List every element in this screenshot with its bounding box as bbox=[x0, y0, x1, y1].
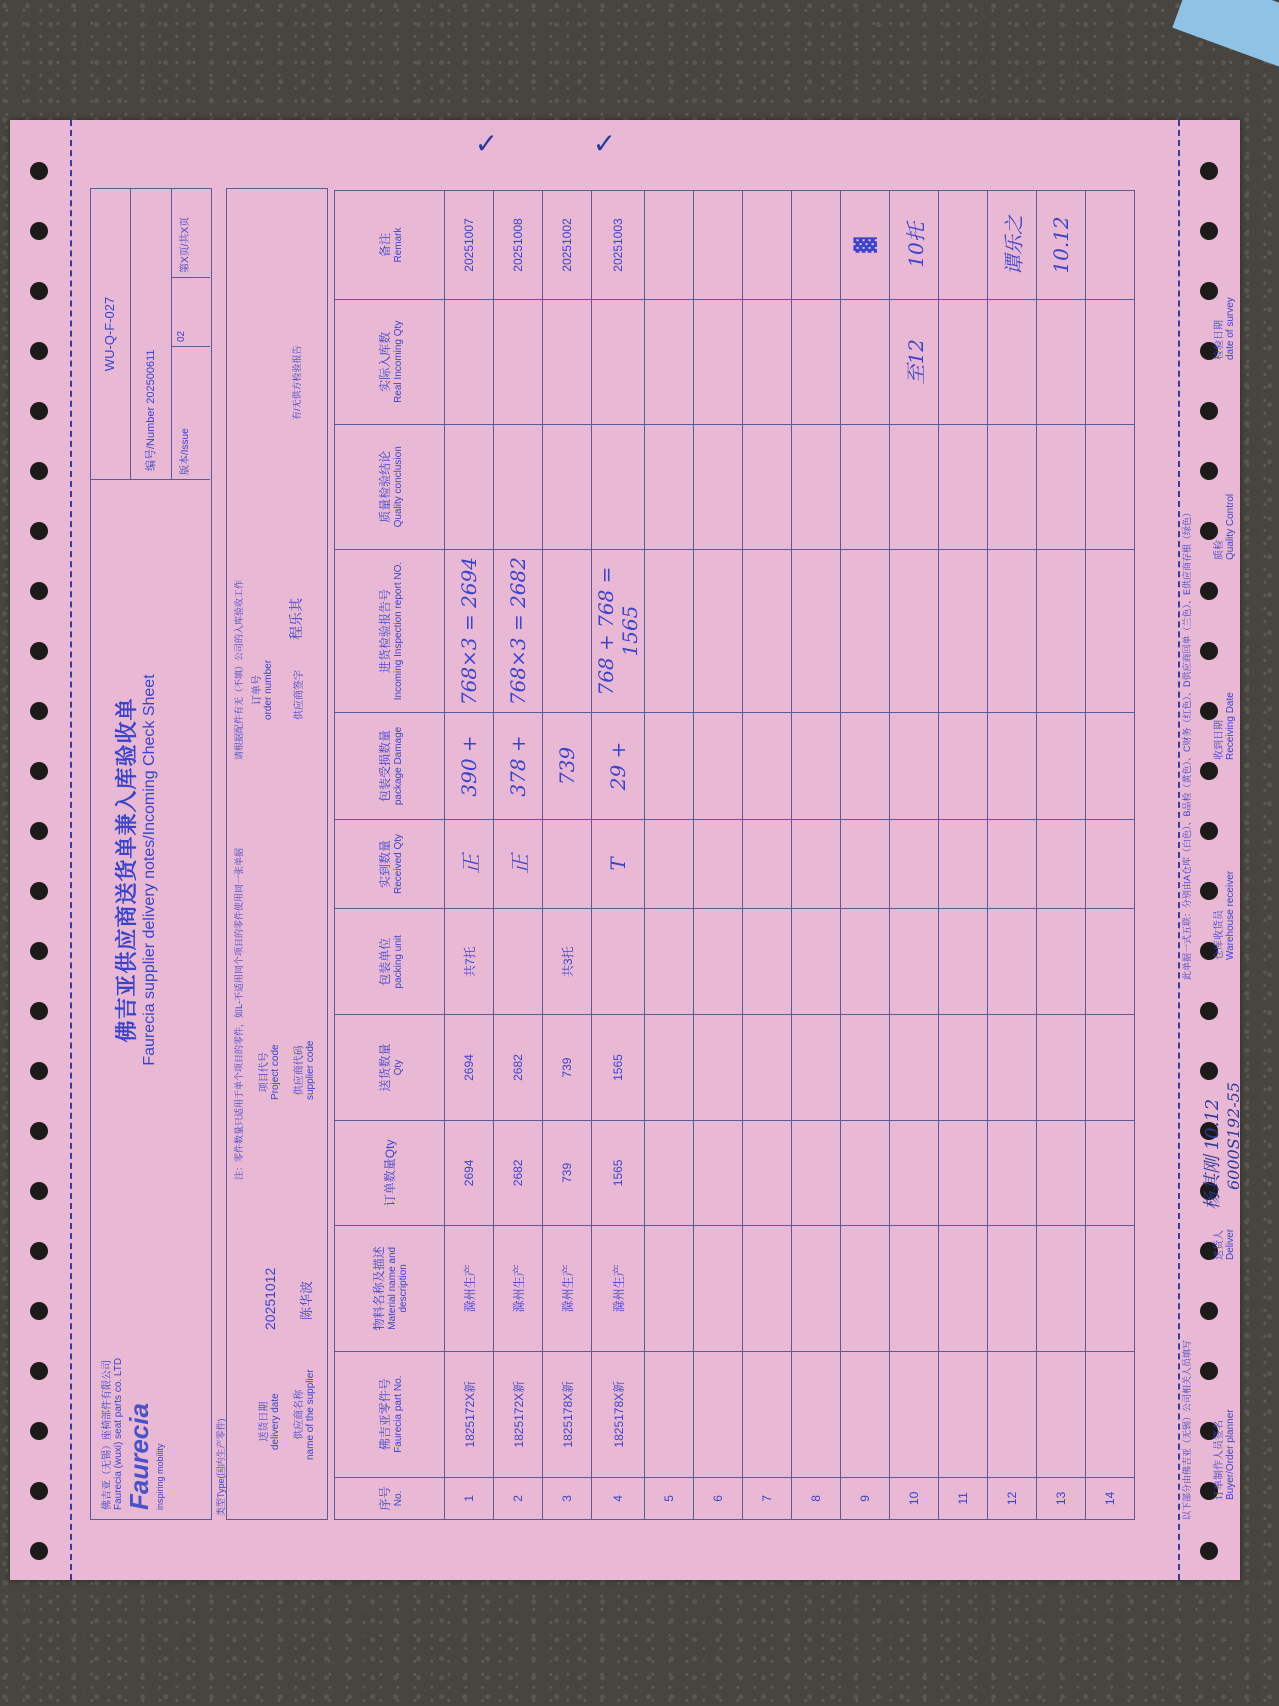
cell-inspection bbox=[1037, 549, 1086, 712]
cell-qty: 739 bbox=[543, 1015, 592, 1120]
tractor-hole bbox=[1200, 1542, 1218, 1560]
tractor-hole bbox=[1200, 1302, 1218, 1320]
cell-damage bbox=[988, 713, 1037, 820]
note-right-text: 请根据配件有无（不填）公司的入库验收工作 bbox=[232, 580, 245, 760]
supplier-name-label: 供应商名称 name of the supplier bbox=[290, 1369, 316, 1460]
cell-qty: 2682 bbox=[494, 1015, 543, 1120]
cell-unit bbox=[890, 909, 939, 1015]
company-name-en: Faurecia (wuxi) seat parts co. LTD bbox=[113, 1250, 124, 1510]
cell-quality bbox=[988, 424, 1037, 549]
cell-order-qty: 2694 bbox=[445, 1120, 494, 1225]
survey-date-cn: 检验日期 bbox=[1210, 297, 1225, 360]
cell-order-qty bbox=[694, 1120, 743, 1225]
column-header-en: Received Qty bbox=[393, 822, 404, 906]
table-row: 6 bbox=[694, 191, 743, 1520]
cell-order-qty bbox=[792, 1120, 841, 1225]
column-header-cn: 进货检验报告号 bbox=[376, 552, 393, 710]
tractor-hole bbox=[30, 222, 48, 240]
cell-remark: 10.12 bbox=[1037, 191, 1086, 300]
cell-unit bbox=[988, 909, 1037, 1015]
cell-no: 6 bbox=[694, 1477, 743, 1519]
cell-received bbox=[890, 819, 939, 908]
tractor-hole bbox=[30, 1302, 48, 1320]
cell-no: 8 bbox=[792, 1477, 841, 1519]
cell-unit bbox=[645, 909, 694, 1015]
cell-real-qty bbox=[694, 299, 743, 424]
cell-remark: 20251008 bbox=[494, 191, 543, 300]
supplier-name-value: 陈华波 bbox=[296, 1281, 315, 1320]
table-row: 14 bbox=[1086, 191, 1135, 1520]
cell-damage bbox=[792, 713, 841, 820]
column-header: 实际入库数Real Incoming Qty bbox=[335, 299, 445, 424]
cell-desc bbox=[841, 1226, 890, 1352]
cell-no: 13 bbox=[1037, 1477, 1086, 1519]
tractor-hole bbox=[30, 882, 48, 900]
column-header-cn: 订单数量Qty bbox=[381, 1123, 398, 1223]
column-header-cn: 物料名称及描述 bbox=[370, 1228, 387, 1349]
cell-no: 2 bbox=[494, 1477, 543, 1519]
column-header-cn: 佛吉亚零件号 bbox=[376, 1354, 393, 1475]
survey-date-label: 检验日期 date of survey bbox=[1210, 297, 1236, 360]
cell-qty bbox=[841, 1015, 890, 1120]
cell-desc bbox=[988, 1226, 1037, 1352]
tractor-hole bbox=[30, 1542, 48, 1560]
cell-qty: 1565 bbox=[592, 1015, 645, 1120]
cell-part bbox=[988, 1351, 1037, 1477]
cell-damage bbox=[890, 713, 939, 820]
cell-unit bbox=[1037, 909, 1086, 1015]
receiving-date-label: 收到日期 Receiving Date bbox=[1210, 692, 1236, 760]
title-cn: 佛吉亚供应商送货单兼入库验收单 bbox=[110, 520, 141, 1220]
column-header-en: Quality conclusion bbox=[393, 427, 404, 547]
cell-part bbox=[694, 1351, 743, 1477]
cell-quality bbox=[494, 424, 543, 549]
cell-inspection bbox=[841, 549, 890, 712]
tractor-hole bbox=[30, 702, 48, 720]
column-header-cn: 实到数量 bbox=[376, 822, 393, 906]
cell-quality bbox=[592, 424, 645, 549]
deliverer-cn: 送货人 bbox=[1210, 1229, 1225, 1260]
column-header-en: Material name and description bbox=[387, 1228, 409, 1349]
cell-desc: 滁州生产 bbox=[543, 1226, 592, 1352]
cell-no: 5 bbox=[645, 1477, 694, 1519]
warehouse-en: Warehouse receiver bbox=[1225, 871, 1236, 960]
cell-part: 1825172X新 bbox=[494, 1351, 543, 1477]
tractor-hole bbox=[30, 162, 48, 180]
column-header-en: Remark bbox=[393, 193, 404, 297]
cell-received bbox=[1037, 819, 1086, 908]
order-planner-en: Buyer/Order planner bbox=[1225, 1409, 1236, 1500]
cell-order-qty bbox=[645, 1120, 694, 1225]
quality-cn: 质检 bbox=[1210, 494, 1225, 560]
tractor-hole bbox=[1200, 162, 1218, 180]
cell-qty bbox=[988, 1015, 1037, 1120]
column-header-cn: 包装单位 bbox=[376, 911, 393, 1012]
cell-desc bbox=[939, 1226, 988, 1352]
cell-damage: 29 + bbox=[592, 713, 645, 820]
deliverer-label: 送货人 Deliver bbox=[1210, 1229, 1236, 1260]
supplier-name-label-cn: 供应商名称 bbox=[290, 1369, 305, 1460]
cell-order-qty: 1565 bbox=[592, 1120, 645, 1225]
cell-damage bbox=[743, 713, 792, 820]
column-header-en: No. bbox=[393, 1480, 404, 1517]
cell-desc bbox=[694, 1226, 743, 1352]
cell-real-qty bbox=[1086, 299, 1135, 424]
table-row: 9▓ bbox=[841, 191, 890, 1520]
column-header: 佛吉亚零件号Faurecia part No. bbox=[335, 1351, 445, 1477]
cell-remark: ▓ bbox=[841, 191, 890, 300]
cell-quality bbox=[694, 424, 743, 549]
cell-part bbox=[792, 1351, 841, 1477]
cell-real-qty bbox=[494, 299, 543, 424]
cell-part bbox=[743, 1351, 792, 1477]
cell-desc bbox=[743, 1226, 792, 1352]
cell-inspection: 768×3 = 2694 bbox=[445, 549, 494, 712]
cell-real-qty bbox=[1037, 299, 1086, 424]
deliverer-en: Deliver bbox=[1225, 1229, 1236, 1260]
cell-received bbox=[939, 819, 988, 908]
tractor-hole bbox=[1200, 1362, 1218, 1380]
cell-remark: 谭乐之 bbox=[988, 191, 1037, 300]
cell-received bbox=[543, 819, 592, 908]
tractor-hole bbox=[30, 1362, 48, 1380]
cell-inspection bbox=[988, 549, 1037, 712]
cell-unit: 共7托 bbox=[445, 909, 494, 1015]
note-text: 注：零件数量只适用于单个项目的零件，如L-不适用同个项目的零件使用同一张单据 bbox=[232, 848, 245, 1180]
cell-qty bbox=[694, 1015, 743, 1120]
cell-damage: 390 + bbox=[445, 713, 494, 820]
cell-quality bbox=[1086, 424, 1135, 549]
cell-damage: 378 + bbox=[494, 713, 543, 820]
cell-qty bbox=[1086, 1015, 1135, 1120]
cell-qty bbox=[890, 1015, 939, 1120]
cell-quality bbox=[743, 424, 792, 549]
attachment-label: 有/无供方检验报告 bbox=[290, 345, 303, 420]
project-code-label-cn: 项目代号 bbox=[255, 1044, 270, 1100]
cell-remark bbox=[645, 191, 694, 300]
cell-quality bbox=[1037, 424, 1086, 549]
column-header: 实到数量Received Qty bbox=[335, 819, 445, 908]
column-header-en: Qty bbox=[393, 1017, 404, 1117]
checkmark-row4: ✓ bbox=[593, 127, 616, 160]
form-body: 佛吉亚（无锡）座椅部件有限公司 Faurecia (wuxi) seat par… bbox=[90, 190, 1150, 1520]
cell-remark bbox=[1086, 191, 1135, 300]
tractor-hole bbox=[30, 522, 48, 540]
delivery-note-paper: 佛吉亚（无锡）座椅部件有限公司 Faurecia (wuxi) seat par… bbox=[10, 120, 1240, 1580]
project-code-label: 项目代号 Project code bbox=[255, 1044, 281, 1100]
cell-inspection bbox=[1086, 549, 1135, 712]
column-header-cn: 送货数量 bbox=[376, 1017, 393, 1117]
supplier-name-label-en: name of the supplier bbox=[305, 1369, 316, 1460]
table-row: 5 bbox=[645, 191, 694, 1520]
cell-unit bbox=[939, 909, 988, 1015]
tractor-hole bbox=[30, 1182, 48, 1200]
delivery-date-label: 送货日期 delivery date bbox=[255, 1393, 281, 1450]
warehouse-receiver-label: 仓库收货员 Warehouse receiver bbox=[1210, 871, 1236, 960]
column-header: 订单数量Qty bbox=[335, 1120, 445, 1225]
tractor-hole bbox=[1200, 462, 1218, 480]
cell-received: 正 bbox=[445, 819, 494, 908]
version-label: 版本/Issue bbox=[172, 346, 210, 479]
column-header: 备注Remark bbox=[335, 191, 445, 300]
cell-real-qty bbox=[988, 299, 1037, 424]
cell-inspection bbox=[743, 549, 792, 712]
cell-remark bbox=[939, 191, 988, 300]
order-number-label-en: order number bbox=[263, 660, 274, 720]
column-header: 包装受损数量package Damage bbox=[335, 713, 445, 820]
cell-desc: 滁州生产 bbox=[445, 1226, 494, 1352]
receiving-date-en: Receiving Date bbox=[1225, 692, 1236, 760]
tractor-hole bbox=[1200, 762, 1218, 780]
cell-order-qty bbox=[841, 1120, 890, 1225]
company-block: 佛吉亚（无锡）座椅部件有限公司 Faurecia (wuxi) seat par… bbox=[98, 1250, 165, 1510]
cell-received: 正 bbox=[494, 819, 543, 908]
table-row: 7 bbox=[743, 191, 792, 1520]
delivery-date-label-en: delivery date bbox=[270, 1393, 281, 1450]
cell-qty bbox=[645, 1015, 694, 1120]
cell-remark: 10托 bbox=[890, 191, 939, 300]
column-header: 包装单位packing unit bbox=[335, 909, 445, 1015]
title-block: 佛吉亚供应商送货单兼入库验收单 Faurecia supplier delive… bbox=[110, 520, 159, 1220]
column-header: 送货数量Qty bbox=[335, 1015, 445, 1120]
cell-real-qty bbox=[543, 299, 592, 424]
order-number-label: 订单号 order number bbox=[248, 660, 274, 720]
cell-inspection: 768×3 = 2682 bbox=[494, 549, 543, 712]
order-planner-cn: 订单制作人员签名 bbox=[1210, 1409, 1225, 1500]
faurecia-logo: Faurecia bbox=[124, 1250, 155, 1510]
cell-part: 1825178X新 bbox=[543, 1351, 592, 1477]
footer-copies-note: 此单据一式五联：分别由A仓库（白色）、B品检（黄色）、C财务（红色）、D供应商回… bbox=[1180, 508, 1193, 980]
column-header-en: Faurecia part No. bbox=[393, 1354, 404, 1475]
tractor-hole bbox=[30, 762, 48, 780]
number-value: 202500611 bbox=[145, 350, 157, 404]
cell-received bbox=[694, 819, 743, 908]
cell-received: T bbox=[592, 819, 645, 908]
receiving-date-cn: 收到日期 bbox=[1210, 692, 1225, 760]
column-header-cn: 备注 bbox=[376, 193, 393, 297]
cell-damage bbox=[1037, 713, 1086, 820]
cell-order-qty bbox=[988, 1120, 1037, 1225]
cell-no: 1 bbox=[445, 1477, 494, 1519]
cell-part bbox=[939, 1351, 988, 1477]
cell-remark bbox=[694, 191, 743, 300]
cell-no: 9 bbox=[841, 1477, 890, 1519]
cell-no: 4 bbox=[592, 1477, 645, 1519]
deliverer-signature: 杨其刚 10.12 bbox=[1198, 1099, 1224, 1210]
cell-desc bbox=[1086, 1226, 1135, 1352]
warehouse-cn: 仓库收货员 bbox=[1210, 871, 1225, 960]
doc-info-block: WU-Q-F-027 编号/Number 202500611 版本/Issue … bbox=[90, 189, 210, 480]
cell-remark: 20251003 bbox=[592, 191, 645, 300]
footer-top-note: 以下部分由佛吉亚（无锡）公司相关人员填写 bbox=[1180, 1340, 1193, 1520]
number-label: 编号/Number bbox=[145, 407, 157, 471]
cell-inspection bbox=[890, 549, 939, 712]
column-header: 质量检验结论Quality conclusion bbox=[335, 424, 445, 549]
cell-qty bbox=[939, 1015, 988, 1120]
cell-damage bbox=[841, 713, 890, 820]
blue-paper-corner bbox=[1172, 0, 1279, 69]
cell-desc: 滁州生产 bbox=[494, 1226, 543, 1352]
cell-no: 12 bbox=[988, 1477, 1037, 1519]
supplier-sign-label: 供应商签字 bbox=[290, 670, 305, 720]
doc-number-row: 编号/Number 202500611 bbox=[131, 189, 172, 479]
cell-desc: 滁州生产 bbox=[592, 1226, 645, 1352]
cell-unit bbox=[743, 909, 792, 1015]
cell-quality bbox=[939, 424, 988, 549]
tractor-hole bbox=[1200, 1002, 1218, 1020]
cell-quality bbox=[645, 424, 694, 549]
table-row: 41825178X新滁州生产15651565T29 +768 + 768 = 1… bbox=[592, 191, 645, 1520]
column-header-cn: 包装受损数量 bbox=[376, 715, 393, 817]
cell-damage bbox=[645, 713, 694, 820]
cell-part: 1825178X新 bbox=[592, 1351, 645, 1477]
tractor-hole bbox=[30, 1122, 48, 1140]
tractor-hole bbox=[1200, 582, 1218, 600]
supplier-code-label: 供应商代码 supplier code bbox=[290, 1041, 316, 1100]
column-header-en: Incoming Inspection report NO. bbox=[393, 552, 404, 710]
cell-part bbox=[645, 1351, 694, 1477]
column-header-cn: 序号 bbox=[376, 1480, 393, 1517]
cell-desc bbox=[890, 1226, 939, 1352]
cell-unit bbox=[841, 909, 890, 1015]
supplier-sign-value: 程乐其 bbox=[286, 598, 306, 640]
cell-quality bbox=[543, 424, 592, 549]
cell-damage: 739 bbox=[543, 713, 592, 820]
table-row: 11 bbox=[939, 191, 988, 1520]
items-table-body: 11825172X新滁州生产26942694共7托正390 +768×3 = 2… bbox=[445, 191, 1135, 1520]
column-header-cn: 实际入库数 bbox=[376, 302, 393, 422]
column-header-en: packing unit bbox=[393, 911, 404, 1012]
tractor-hole bbox=[1200, 222, 1218, 240]
cell-part bbox=[1086, 1351, 1135, 1477]
order-planner-label: 订单制作人员签名 Buyer/Order planner bbox=[1210, 1409, 1236, 1500]
cell-no: 14 bbox=[1086, 1477, 1135, 1519]
cell-qty bbox=[743, 1015, 792, 1120]
cell-inspection bbox=[694, 549, 743, 712]
cell-order-qty: 739 bbox=[543, 1120, 592, 1225]
cell-part bbox=[1037, 1351, 1086, 1477]
table-row: 1310.12 bbox=[1037, 191, 1086, 1520]
column-header-cn: 质量检验结论 bbox=[376, 427, 393, 547]
cell-remark bbox=[792, 191, 841, 300]
cell-received bbox=[988, 819, 1037, 908]
cell-inspection bbox=[543, 549, 592, 712]
cell-order-qty bbox=[890, 1120, 939, 1225]
cell-no: 10 bbox=[890, 1477, 939, 1519]
project-code-label-en: Project code bbox=[270, 1044, 281, 1100]
table-row: 21825172X新滁州生产26822682正378 +768×3 = 2682… bbox=[494, 191, 543, 1520]
checkmark-row2: ✓ bbox=[475, 127, 498, 160]
tractor-hole bbox=[30, 1002, 48, 1020]
quality-control-label: 质检 Quality Control bbox=[1210, 494, 1236, 560]
deliverer-phone: 6000S192-55 bbox=[1224, 1082, 1243, 1190]
delivery-date-label-cn: 送货日期 bbox=[255, 1393, 270, 1450]
cell-qty: 2694 bbox=[445, 1015, 494, 1120]
column-header-en: Real Incoming Qty bbox=[393, 302, 404, 422]
tractor-hole bbox=[30, 822, 48, 840]
cell-quality bbox=[890, 424, 939, 549]
cell-qty bbox=[792, 1015, 841, 1120]
column-header: 物料名称及描述Material name and description bbox=[335, 1226, 445, 1352]
tractor-hole bbox=[30, 1422, 48, 1440]
cell-unit bbox=[494, 909, 543, 1015]
tractor-hole bbox=[1200, 1062, 1218, 1080]
table-row: 12谭乐之 bbox=[988, 191, 1037, 1520]
cell-quality bbox=[792, 424, 841, 549]
items-table: 序号No.佛吉亚零件号Faurecia part No.物料名称及描述Mater… bbox=[334, 190, 1135, 1520]
tractor-hole bbox=[30, 282, 48, 300]
cell-order-qty: 2682 bbox=[494, 1120, 543, 1225]
table-row: 31825178X新滁州生产739739共3托73920251002 bbox=[543, 191, 592, 1520]
version-value: 02 bbox=[172, 277, 210, 346]
cell-remark: 20251007 bbox=[445, 191, 494, 300]
cell-no: 7 bbox=[743, 1477, 792, 1519]
cell-desc bbox=[1037, 1226, 1086, 1352]
cell-order-qty bbox=[1037, 1120, 1086, 1225]
cell-desc bbox=[792, 1226, 841, 1352]
cell-received bbox=[1086, 819, 1135, 908]
cell-quality bbox=[841, 424, 890, 549]
tractor-hole bbox=[30, 1062, 48, 1080]
tractor-hole bbox=[30, 582, 48, 600]
table-row: 8 bbox=[792, 191, 841, 1520]
cell-real-qty bbox=[792, 299, 841, 424]
cell-received bbox=[841, 819, 890, 908]
cell-quality bbox=[445, 424, 494, 549]
tractor-hole bbox=[30, 642, 48, 660]
tractor-hole bbox=[30, 1242, 48, 1260]
logo-tagline: inspiring mobility bbox=[155, 1250, 165, 1510]
cell-part bbox=[890, 1351, 939, 1477]
order-number-label-cn: 订单号 bbox=[248, 660, 263, 720]
tractor-hole bbox=[1200, 822, 1218, 840]
cell-real-qty bbox=[445, 299, 494, 424]
cell-real-qty bbox=[592, 299, 645, 424]
tractor-hole bbox=[30, 942, 48, 960]
column-header-en: package Damage bbox=[393, 715, 404, 817]
cell-unit bbox=[1086, 909, 1135, 1015]
cell-unit bbox=[592, 909, 645, 1015]
tractor-hole bbox=[30, 342, 48, 360]
quality-en: Quality Control bbox=[1225, 494, 1236, 560]
cell-remark bbox=[743, 191, 792, 300]
tractor-hole bbox=[30, 402, 48, 420]
cell-inspection bbox=[939, 549, 988, 712]
cell-desc bbox=[645, 1226, 694, 1352]
cell-part bbox=[841, 1351, 890, 1477]
cell-no: 3 bbox=[543, 1477, 592, 1519]
cell-order-qty bbox=[1086, 1120, 1135, 1225]
cell-unit bbox=[694, 909, 743, 1015]
cell-damage bbox=[694, 713, 743, 820]
page-label: 第X页/共X页 bbox=[172, 189, 210, 277]
cell-real-qty: 至12 bbox=[890, 299, 939, 424]
survey-date-en: date of survey bbox=[1225, 297, 1236, 360]
cell-no: 11 bbox=[939, 1477, 988, 1519]
cell-received bbox=[743, 819, 792, 908]
cell-received bbox=[645, 819, 694, 908]
cell-inspection bbox=[645, 549, 694, 712]
tractor-strip-top bbox=[10, 120, 72, 1580]
table-row: 11825172X新滁州生产26942694共7托正390 +768×3 = 2… bbox=[445, 191, 494, 1520]
cell-part: 1825172X新 bbox=[445, 1351, 494, 1477]
cell-remark: 20251002 bbox=[543, 191, 592, 300]
cell-damage bbox=[1086, 713, 1135, 820]
cell-unit bbox=[792, 909, 841, 1015]
cell-real-qty bbox=[841, 299, 890, 424]
version-row: 版本/Issue 02 第X页/共X页 bbox=[172, 189, 210, 479]
table-header-row: 序号No.佛吉亚零件号Faurecia part No.物料名称及描述Mater… bbox=[335, 191, 445, 1520]
